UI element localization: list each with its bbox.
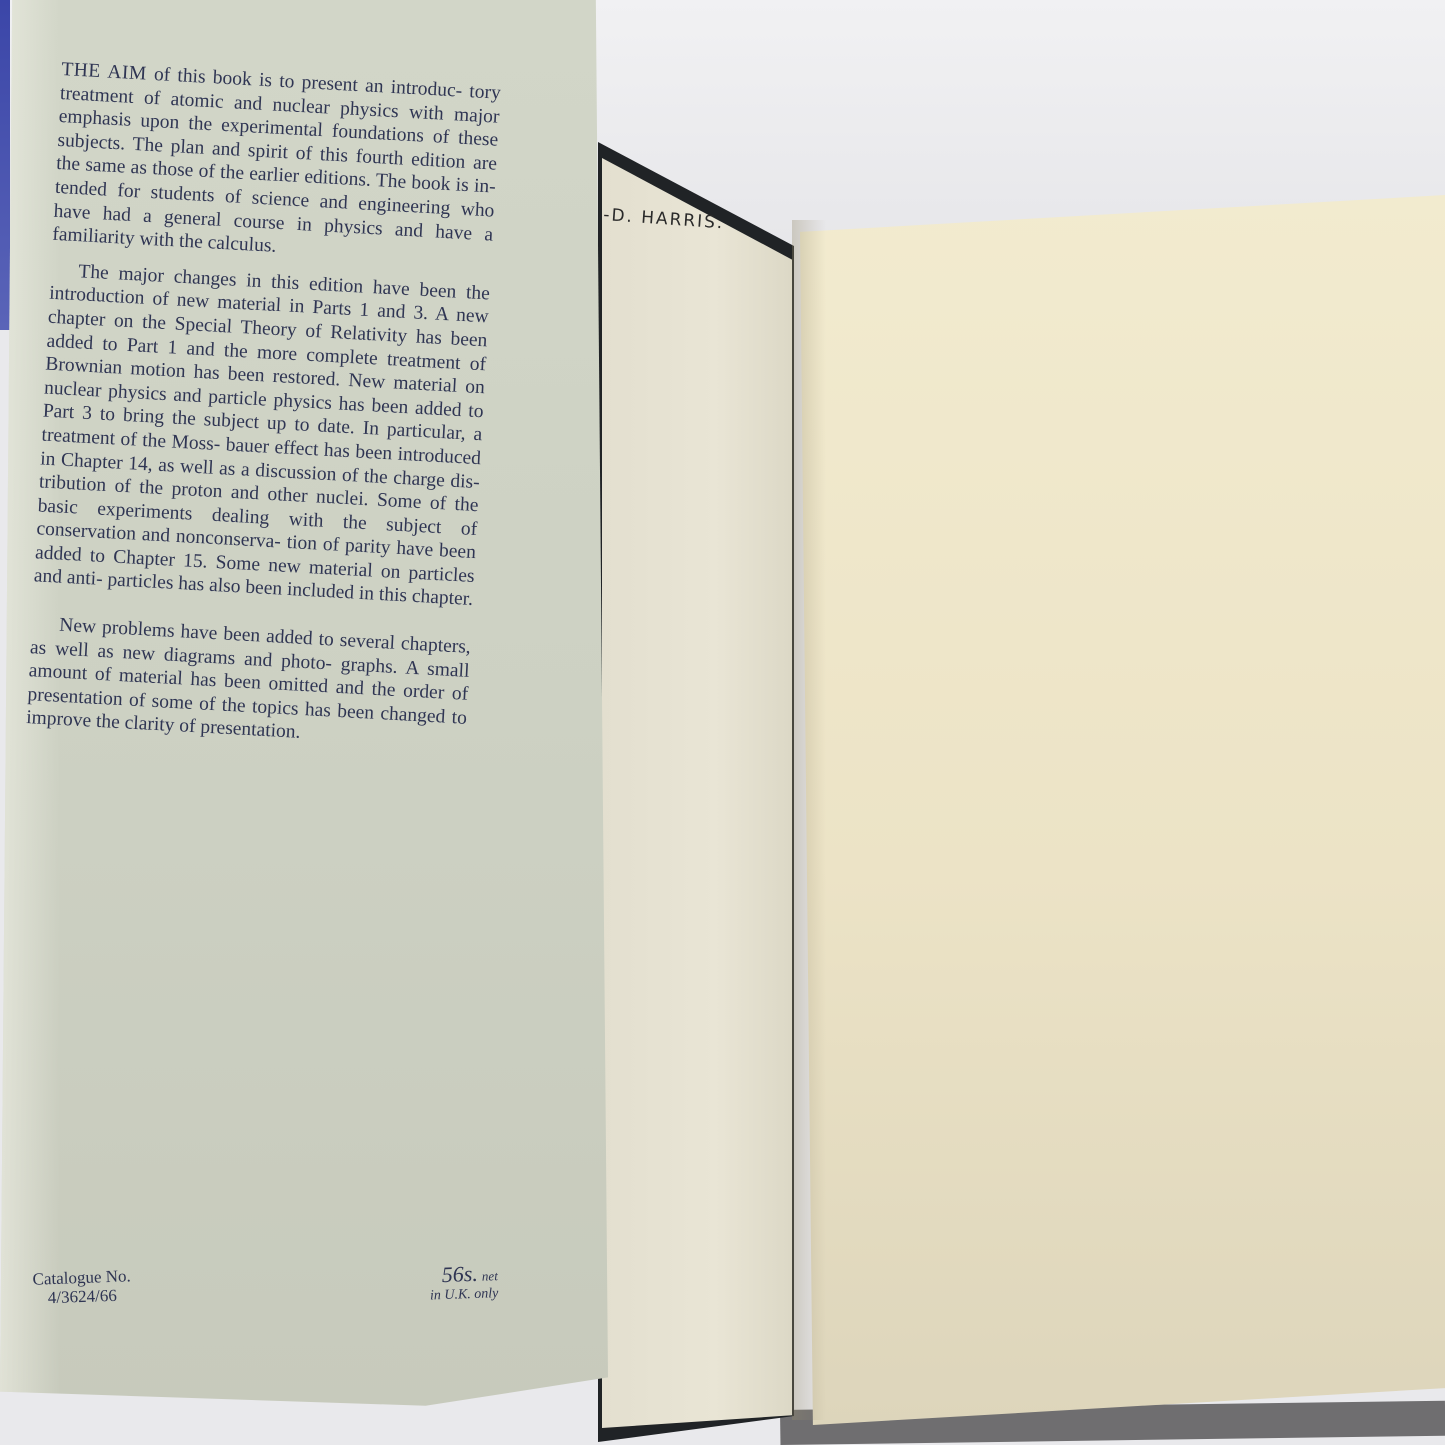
jacket-blue-edge [0, 0, 10, 330]
price-note: in U.K. only [390, 1286, 498, 1306]
price-net: net [482, 1268, 498, 1284]
price: 56s. [441, 1261, 478, 1287]
blank-facing-page [800, 195, 1445, 1425]
endpaper [602, 158, 792, 1428]
blurb-paragraph-2: The major changes in this edition have b… [33, 258, 490, 612]
flap-blurb: THE AIM of this book is to present an in… [25, 58, 501, 766]
blurb-lead: THE AIM [61, 59, 148, 85]
blurb-paragraph-3: New problems have been added to several … [26, 612, 472, 754]
dust-jacket-flap: THE AIM of this book is to present an in… [0, 0, 608, 1420]
catalogue-info: Catalogue No. 4/3624/66 [1, 1265, 162, 1309]
gutter-shadow [792, 220, 826, 1420]
blurb-paragraph-1: THE AIM of this book is to present an in… [52, 58, 502, 270]
price-info: 56s. net in U.K. only [389, 1260, 498, 1306]
